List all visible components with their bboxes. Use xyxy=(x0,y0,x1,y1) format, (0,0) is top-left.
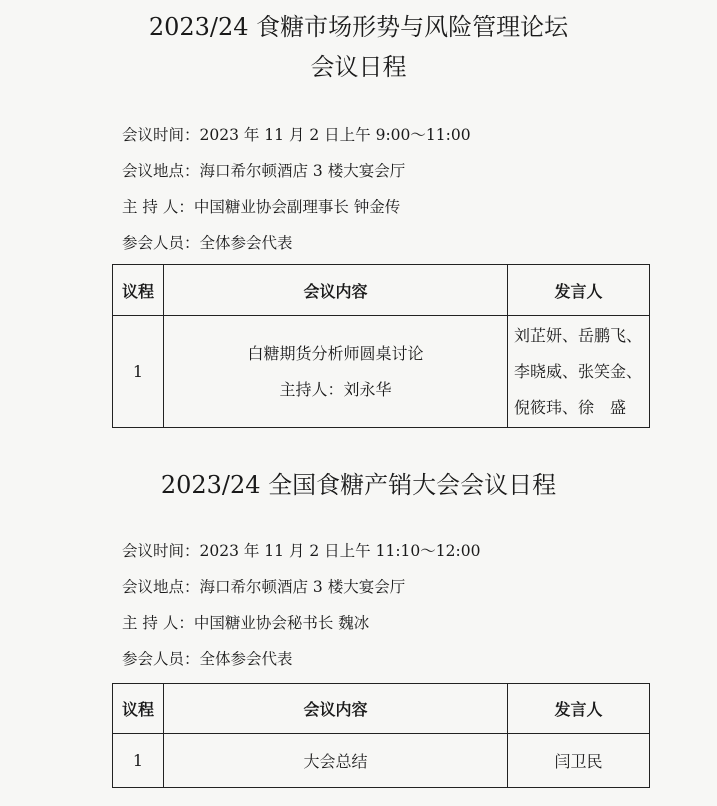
table-row: 1 大会总结 闫卫民 xyxy=(113,734,650,788)
header-agenda-no: 议程 xyxy=(113,684,164,734)
agenda-speakers: 刘芷妍、岳鹏飞、 李晓威、张笑金、 倪筱玮、徐 盛 xyxy=(508,316,650,428)
table-header-row: 议程 会议内容 发言人 xyxy=(113,684,650,734)
meeting-location: 会议地点：海口希尔顿酒店 3 楼大宴会厅 xyxy=(122,161,405,181)
header-content: 会议内容 xyxy=(164,684,508,734)
content-moderator: 主持人：刘永华 xyxy=(164,372,507,408)
speaker-line: 刘芷妍、岳鹏飞、 xyxy=(508,318,649,354)
header-speaker: 发言人 xyxy=(508,684,650,734)
meeting-location-2: 会议地点：海口希尔顿酒店 3 楼大宴会厅 xyxy=(122,577,405,597)
agenda-content: 白糖期货分析师圆桌讨论 主持人：刘永华 xyxy=(164,316,508,428)
forum-subtitle: 会议日程 xyxy=(0,52,717,82)
content-title: 白糖期货分析师圆桌讨论 xyxy=(164,336,507,372)
header-content: 会议内容 xyxy=(164,265,508,316)
agenda-table-2: 议程 会议内容 发言人 1 大会总结 闫卫民 xyxy=(112,683,650,788)
conference-title: 2023/24 全国食糖产销大会会议日程 xyxy=(0,470,717,500)
meeting-attendees: 参会人员：全体参会代表 xyxy=(122,233,293,253)
speaker-line: 倪筱玮、徐 盛 xyxy=(508,390,649,426)
meeting-host-2: 主 持 人：中国糖业协会秘书长 魏冰 xyxy=(122,613,369,633)
meeting-host: 主 持 人：中国糖业协会副理事长 钟金传 xyxy=(122,197,400,217)
agenda-speaker: 闫卫民 xyxy=(508,734,650,788)
forum-title: 2023/24 食糖市场形势与风险管理论坛 xyxy=(0,12,717,42)
table-row: 1 白糖期货分析师圆桌讨论 主持人：刘永华 刘芷妍、岳鹏飞、 李晓威、张笑金、 … xyxy=(113,316,650,428)
speaker-line: 李晓威、张笑金、 xyxy=(508,354,649,390)
table-header-row: 议程 会议内容 发言人 xyxy=(113,265,650,316)
agenda-content: 大会总结 xyxy=(164,734,508,788)
header-speaker: 发言人 xyxy=(508,265,650,316)
meeting-time: 会议时间：2023 年 11 月 2 日上午 9:00～11:00 xyxy=(122,125,471,145)
agenda-no: 1 xyxy=(113,316,164,428)
agenda-no: 1 xyxy=(113,734,164,788)
meeting-time-2: 会议时间：2023 年 11 月 2 日上午 11:10～12:00 xyxy=(122,541,480,561)
meeting-attendees-2: 参会人员：全体参会代表 xyxy=(122,649,293,669)
header-agenda-no: 议程 xyxy=(113,265,164,316)
agenda-table-1: 议程 会议内容 发言人 1 白糖期货分析师圆桌讨论 主持人：刘永华 刘芷妍、岳鹏… xyxy=(112,264,650,428)
